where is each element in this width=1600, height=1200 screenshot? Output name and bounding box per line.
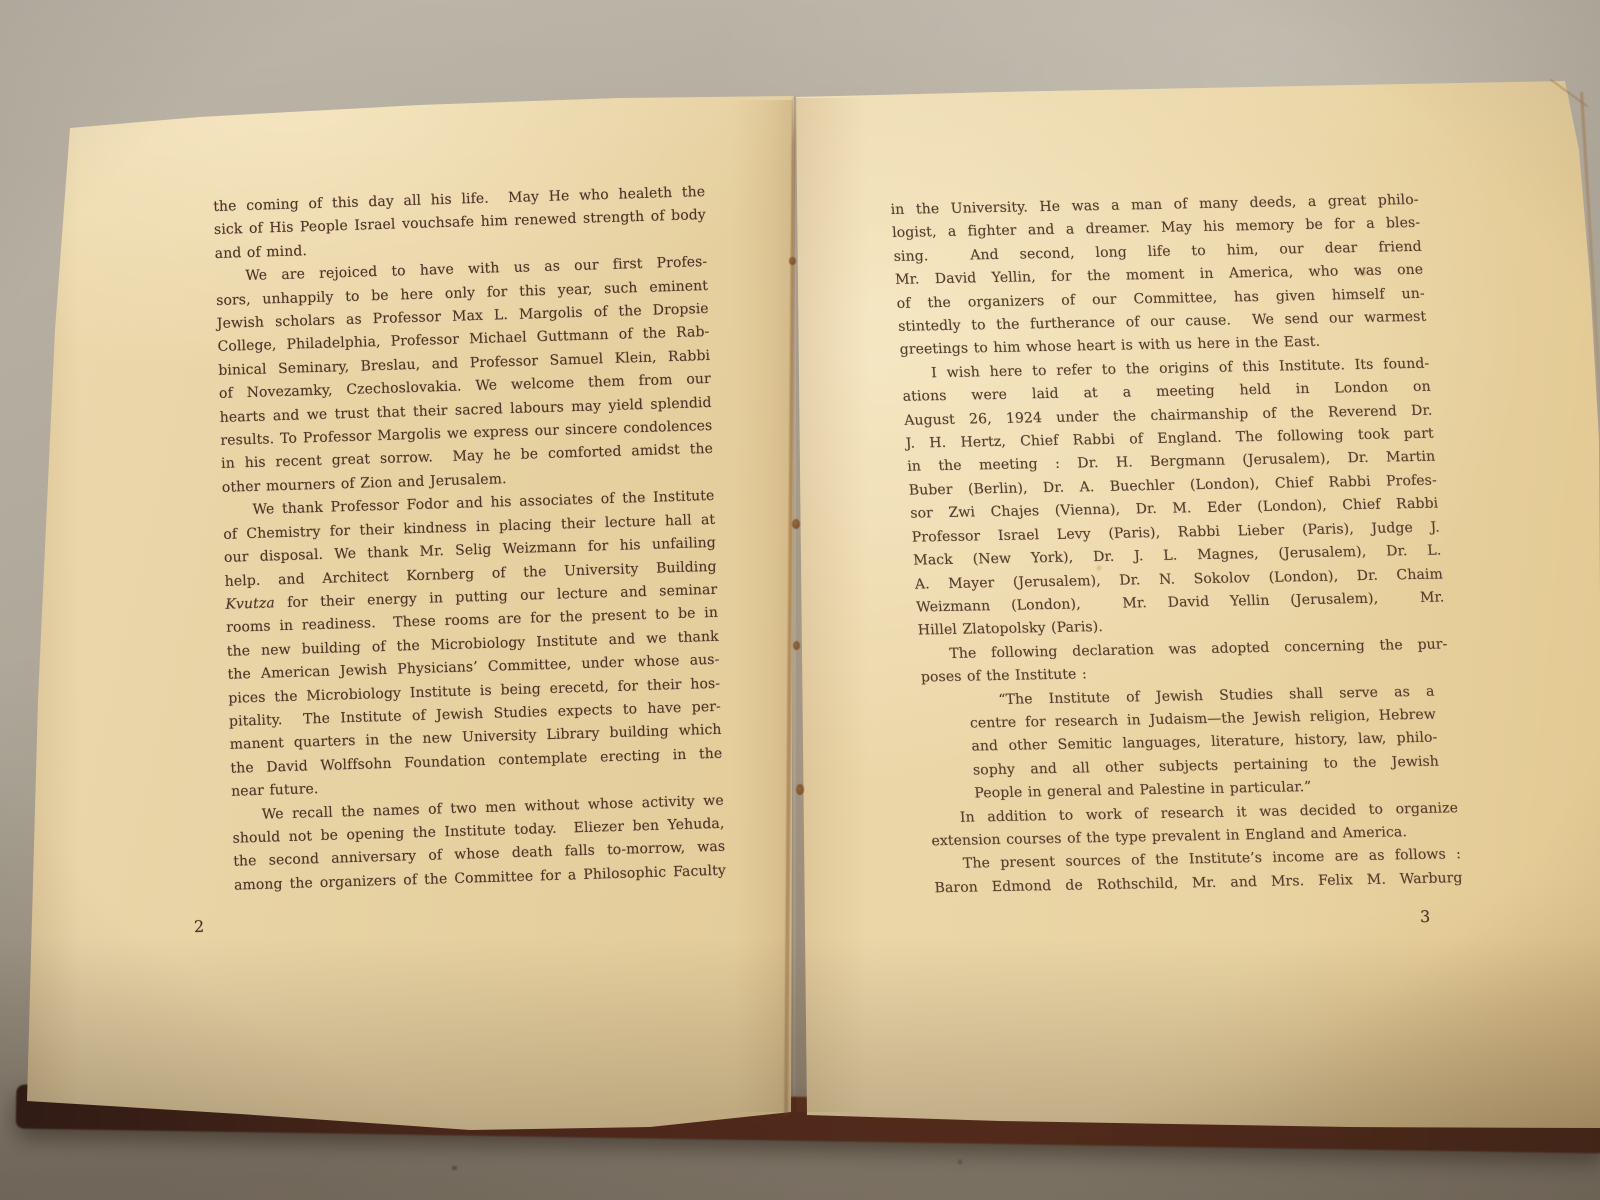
right-page-text: in the University. He was a man of many … bbox=[890, 189, 1463, 901]
stitch-hole bbox=[793, 641, 800, 650]
surface-speck bbox=[452, 1166, 457, 1170]
stitch-hole bbox=[792, 519, 800, 529]
page-number-right: 3 bbox=[1420, 907, 1431, 926]
surface-speck bbox=[958, 1160, 962, 1164]
book-photo-scene: the coming of this day all his life. May… bbox=[0, 0, 1600, 1200]
gutter-shadow-left bbox=[733, 100, 793, 1112]
paragraph: We recall the names of two men without w… bbox=[232, 789, 727, 898]
paragraph: I wish here to refer to the origins of t… bbox=[901, 353, 1447, 644]
italic-word: Kvutza bbox=[225, 595, 275, 612]
page-number-left: 2 bbox=[194, 917, 205, 936]
gutter-shadow-right bbox=[796, 98, 868, 1112]
paragraph: in the University. He was a man of many … bbox=[890, 189, 1428, 363]
stitch-hole bbox=[789, 257, 796, 265]
quote-paragraph: “The Institute of Jewish Studies shall s… bbox=[968, 680, 1441, 806]
stitch-hole bbox=[796, 784, 804, 795]
paragraph: We thank Professor Fodor and his associa… bbox=[222, 485, 723, 804]
paragraph: We are rejoiced to have with us as our f… bbox=[215, 251, 714, 500]
left-page-text: the coming of this day all his life. May… bbox=[213, 181, 726, 898]
